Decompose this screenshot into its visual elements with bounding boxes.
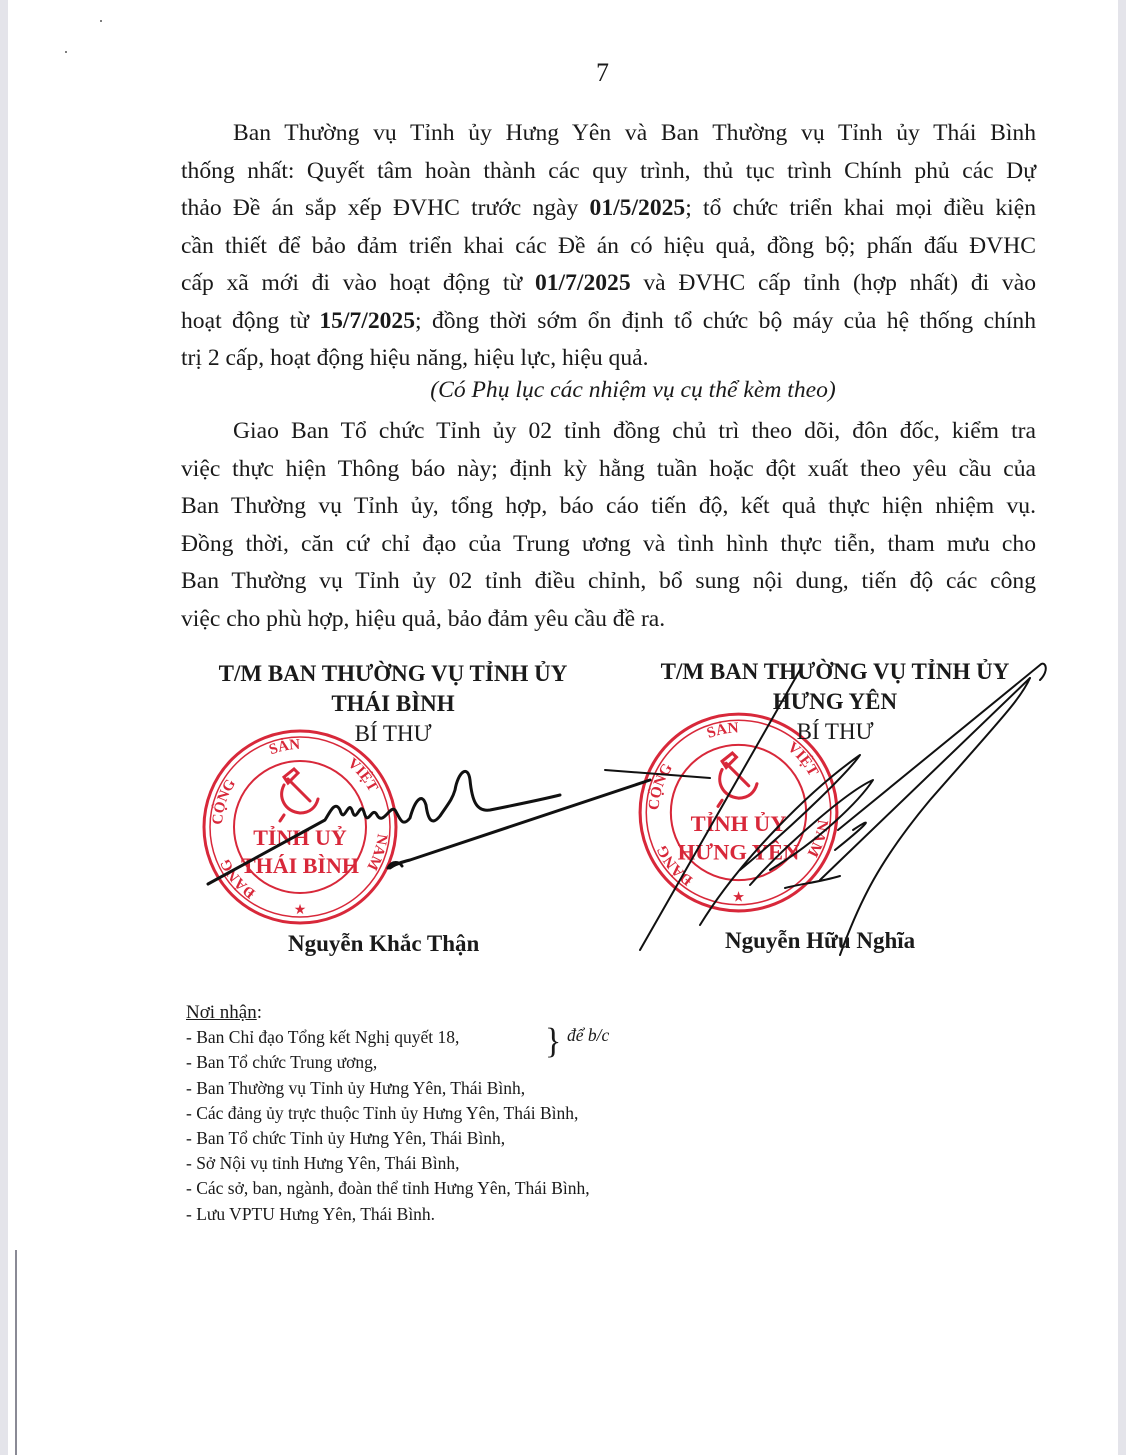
svg-text:HƯNG YÊN: HƯNG YÊN [678, 839, 800, 865]
svg-text:★: ★ [294, 902, 307, 918]
text-line: Đồng thời, căn cứ chỉ đạo của Trung ương… [181, 526, 1036, 564]
text-line: cấp xã mới đi vào hoạt động từ 01/7/2025… [181, 265, 1036, 303]
text-line: thảo Đề án sắp xếp ĐVHC trước ngày 01/5/… [181, 190, 1036, 228]
text-line: trị 2 cấp, hoạt động hiệu năng, hiệu lực… [181, 340, 1036, 378]
recipient-item: - Lưu VPTU Hưng Yên, Thái Bình. [186, 1202, 590, 1227]
text-run: thống nhất: Quyết tâm hoàn thành các quy… [181, 158, 1036, 184]
recipient-item: - Ban Thường vụ Tỉnh ủy Hưng Yên, Thái B… [186, 1076, 590, 1101]
scan-speck [100, 20, 102, 22]
text-run: hoạt động từ [181, 308, 319, 334]
brace-note: để b/c [567, 1025, 609, 1046]
paragraph-assignment: Giao Ban Tổ chức Tỉnh ủy 02 tỉnh đồng ch… [181, 413, 1036, 638]
signer-name-hung-yen: Nguyễn Hữu Nghĩa [725, 928, 915, 954]
date-highlight: 01/5/2025 [590, 195, 686, 221]
text-line: Ban Thường vụ Tỉnh ủy Hưng Yên và Ban Th… [181, 115, 1036, 153]
text-line: việc thực hiện Thông báo này; định kỳ hằ… [181, 451, 1036, 489]
date-highlight: 01/7/2025 [535, 270, 631, 296]
recipients-colon: : [257, 1002, 262, 1023]
svg-text:TỈNH ỦY: TỈNH ỦY [691, 811, 787, 836]
recipient-item: - Các sở, ban, ngành, đoàn thể tỉnh Hưng… [186, 1176, 590, 1201]
page-edge-right [1118, 0, 1126, 1455]
text-run: Ban Thường vụ Tỉnh ủy Hưng Yên và Ban Th… [233, 120, 1036, 146]
recipient-item: - Ban Tổ chức Trung ương, [186, 1050, 590, 1075]
signature-block-hung-yen: T/M BAN THƯỜNG VỤ TỈNH ỦY HƯNG YÊN BÍ TH… [630, 657, 1040, 747]
text-line: thống nhất: Quyết tâm hoàn thành các quy… [181, 153, 1036, 191]
signature-block-thai-binh: T/M BAN THƯỜNG VỤ TỈNH ỦY THÁI BÌNH BÍ T… [188, 659, 598, 749]
svg-text:THÁI BÌNH: THÁI BÌNH [241, 853, 359, 878]
org-line: T/M BAN THƯỜNG VỤ TỈNH ỦY [630, 657, 1040, 687]
annex-note: (Có Phụ lục các nhiệm vụ cụ thể kèm theo… [0, 377, 1126, 404]
text-line: hoạt động từ 15/7/2025; đồng thời sớm ổn… [181, 303, 1036, 341]
recipient-item: - Ban Chỉ đạo Tổng kết Nghị quyết 18, [186, 1025, 590, 1050]
role-label: BÍ THƯ [630, 717, 1040, 747]
text-line: Ban Thường vụ Tỉnh ủy, tổng hợp, báo cáo… [181, 488, 1036, 526]
date-highlight: 15/7/2025 [319, 308, 415, 334]
text-run: thảo Đề án sắp xếp ĐVHC trước ngày [181, 195, 590, 221]
recipient-item: - Sở Nội vụ tỉnh Hưng Yên, Thái Bình, [186, 1151, 590, 1176]
stamp-tinh-uy-thai-binh: ĐẢNGCỘNGSẢNVIỆTNAM★TỈNH UỶTHÁI BÌNH [200, 727, 400, 927]
page-edge-shadow [15, 1250, 17, 1455]
signer-name-thai-binh: Nguyễn Khắc Thận [288, 931, 479, 957]
page-edge-left [0, 0, 8, 1455]
text-run: và ĐVHC cấp tỉnh (hợp nhất) đi vào [631, 270, 1036, 296]
text-line: việc cho phù hợp, hiệu quả, bảo đảm yêu … [181, 601, 1036, 639]
org-line: HƯNG YÊN [630, 687, 1040, 717]
text-run: cần thiết để bảo đảm triển khai các Đề á… [181, 233, 1036, 259]
text-line: cần thiết để bảo đảm triển khai các Đề á… [181, 228, 1036, 266]
text-line: Ban Thường vụ Tỉnh ủy 02 tỉnh điều chỉnh… [181, 563, 1036, 601]
text-run: ; đồng thời sớm ổn định tổ chức bộ máy c… [415, 308, 1036, 334]
text-run: cấp xã mới đi vào hoạt động từ [181, 270, 535, 296]
role-label: BÍ THƯ [188, 719, 598, 749]
paragraph-conclusion: Ban Thường vụ Tỉnh ủy Hưng Yên và Ban Th… [181, 115, 1036, 378]
svg-text:TỈNH UỶ: TỈNH UỶ [253, 825, 347, 850]
recipients-list: Nơi nhận: - Ban Chỉ đạo Tổng kết Nghị qu… [186, 1000, 590, 1227]
text-line: Giao Ban Tổ chức Tỉnh ủy 02 tỉnh đồng ch… [181, 413, 1036, 451]
recipient-item: - Ban Tổ chức Tỉnh ủy Hưng Yên, Thái Bìn… [186, 1126, 590, 1151]
org-line: T/M BAN THƯỜNG VỤ TỈNH ỦY [188, 659, 598, 689]
recipient-item: - Các đảng ủy trực thuộc Tỉnh ủy Hưng Yê… [186, 1101, 590, 1126]
scan-speck [65, 51, 67, 53]
brace-icon: } [545, 1024, 561, 1060]
text-run: ; tổ chức triển khai mọi điều kiện [685, 195, 1036, 221]
org-line: THÁI BÌNH [188, 689, 598, 719]
text-run: trị 2 cấp, hoạt động hiệu năng, hiệu lực… [181, 345, 649, 371]
page-number: 7 [596, 58, 609, 88]
recipients-title: Nơi nhận [186, 1002, 257, 1023]
recipient-items: - Ban Chỉ đạo Tổng kết Nghị quyết 18,- B… [186, 1025, 590, 1227]
svg-text:★: ★ [732, 890, 745, 906]
